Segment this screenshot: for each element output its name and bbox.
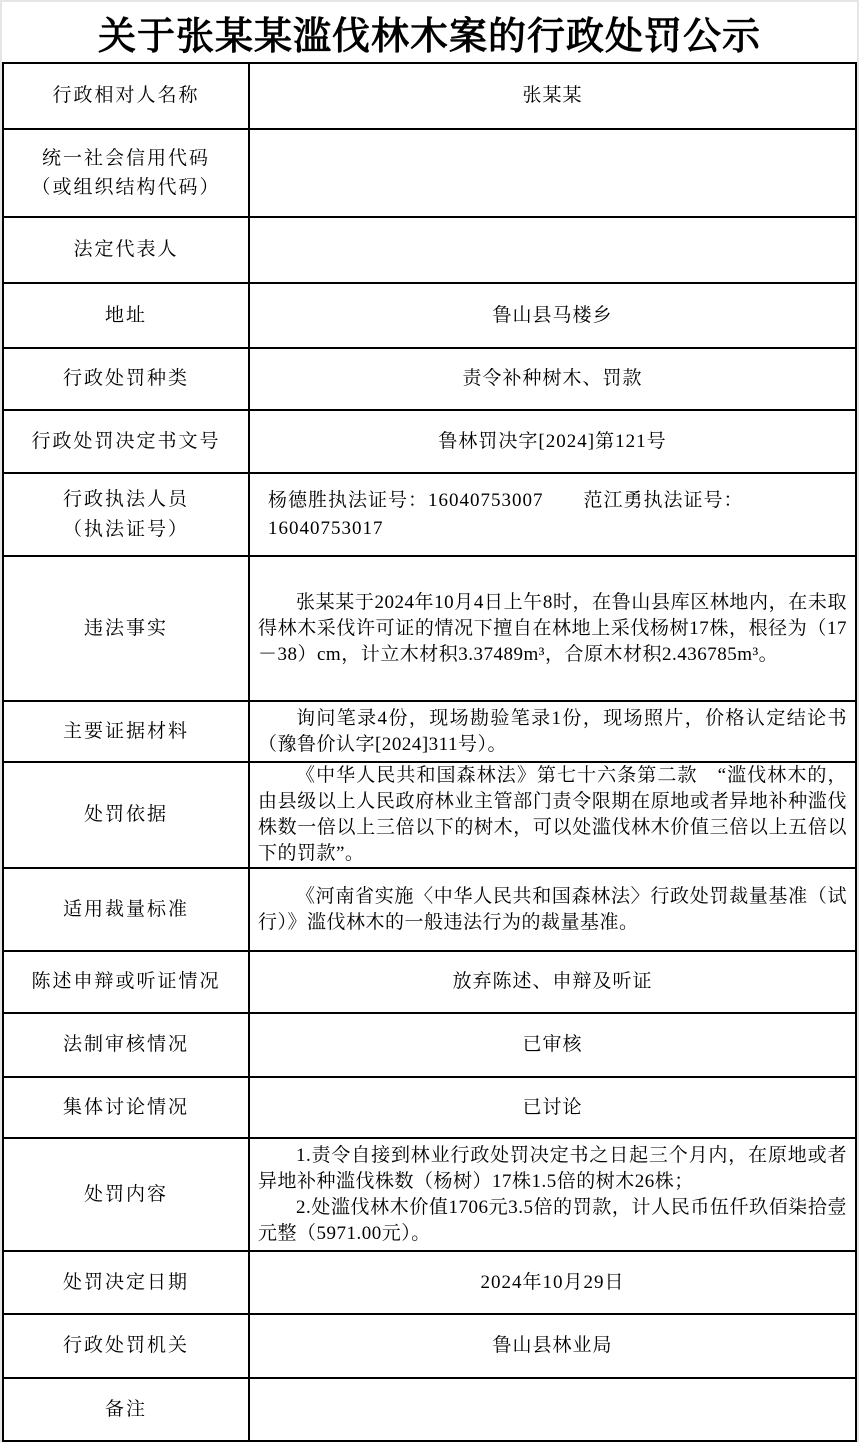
table-row-penalty-basis: 处罚依据 《中华人民共和国森林法》第七十六条第二款 “滥伐林木的，由县级以上人民… [4,763,855,869]
row-value [250,130,855,216]
row-value: 杨德胜执法证号：16040753007 范江勇执法证号：16040753017 [250,474,855,555]
table-row-violation-facts: 违法事实 张某某于2024年10月4日上午8时，在鲁山县库区林地内，在未取得林木… [4,557,855,702]
row-value [250,1379,855,1440]
row-value: 1.责令自接到林业行政处罚决定书之日起三个月内，在原地或者异地补种滥伐株数（杨树… [250,1139,855,1250]
row-label-line2: （或组织结构代码） [31,173,220,202]
table-row-decision-doc-number: 行政处罚决定书文号 鲁林罚决字[2024]第121号 [4,411,855,474]
table-row-credit-code: 统一社会信用代码 （或组织结构代码） [4,130,855,218]
row-label: 备注 [4,1379,250,1440]
table-row-penalty-authority: 行政处罚机关 鲁山县林业局 [4,1315,855,1379]
row-label: 适用裁量标准 [4,869,250,950]
row-label-text: 法制审核情况 [63,1030,189,1059]
penalty-notice-page: 关于张某某滥伐林木案的行政处罚公示 行政相对人名称 张某某 统一社会信用代码 （… [0,0,859,1442]
row-value-text: 鲁林罚决字[2024]第121号 [438,428,666,456]
table-row-penalty-content: 处罚内容 1.责令自接到林业行政处罚决定书之日起三个月内，在原地或者异地补种滥伐… [4,1139,855,1252]
row-label: 行政执法人员 （执法证号） [4,474,250,555]
table-row-discretion-standard: 适用裁量标准 《河南省实施〈中华人民共和国森林法〉行政处罚裁量基准（试行）》滥伐… [4,869,855,952]
table-row-collective-discussion: 集体讨论情况 已讨论 [4,1078,855,1139]
row-label: 主要证据材料 [4,702,250,761]
row-label-text: 违法事实 [84,614,168,643]
table-row-penalty-type: 行政处罚种类 责令补种树木、罚款 [4,349,855,411]
row-value-text: 放弃陈述、申辩及听证 [452,968,652,996]
row-value-paragraph: 《中华人民共和国森林法》第七十六条第二款 “滥伐林木的，由县级以上人民政府林业主… [258,763,847,867]
row-value-text: 鲁山县马楼乡 [492,302,612,330]
row-label-line1: 行政执法人员 [63,485,189,514]
row-label: 行政处罚决定书文号 [4,411,250,472]
row-label: 行政相对人名称 [4,64,250,128]
table-row-legal-representative: 法定代表人 [4,218,855,284]
row-label: 行政处罚机关 [4,1315,250,1377]
row-label-text: 行政处罚决定书文号 [31,427,220,456]
table-row-enforcement-officers: 行政执法人员 （执法证号） 杨德胜执法证号：16040753007 范江勇执法证… [4,474,855,557]
penalty-table: 行政相对人名称 张某某 统一社会信用代码 （或组织结构代码） 法定代表人 地址 … [2,62,857,1442]
row-value: 鲁山县林业局 [250,1315,855,1377]
row-label: 处罚决定日期 [4,1252,250,1313]
row-label-text: 行政相对人名称 [52,81,199,110]
table-row-remarks: 备注 [4,1379,855,1440]
row-label-line1: 统一社会信用代码 [42,144,210,173]
row-value: 张某某于2024年10月4日上午8时，在鲁山县库区林地内，在未取得林木采伐许可证… [250,557,855,700]
row-label-text: 处罚内容 [84,1180,168,1209]
row-value: 已审核 [250,1014,855,1076]
row-value-paragraph: 《河南省实施〈中华人民共和国森林法〉行政处罚裁量基准（试行）》滥伐林木的一般违法… [258,884,847,936]
row-value-text: 责令补种树木、罚款 [462,365,642,393]
row-label-text: 备注 [105,1395,147,1424]
row-value-text: 已审核 [522,1031,582,1059]
row-value-paragraph: 1.责令自接到林业行政处罚决定书之日起三个月内，在原地或者异地补种滥伐株数（杨树… [258,1143,847,1195]
row-label-text: 陈述申辩或听证情况 [31,967,220,996]
row-value: 鲁山县马楼乡 [250,284,855,347]
row-label: 处罚依据 [4,763,250,867]
row-value-paragraph: 2.处滥伐林木价值1706元3.5倍的罚款，计人民币伍仟玖佰柒拾壹元整（5971… [258,1195,847,1247]
row-label-text: 集体讨论情况 [63,1093,189,1122]
row-label: 地址 [4,284,250,347]
row-label: 处罚内容 [4,1139,250,1250]
row-value: 2024年10月29日 [250,1252,855,1313]
table-row-subject-name: 行政相对人名称 张某某 [4,64,855,130]
row-label-line2: （执法证号） [63,515,189,544]
row-value-paragraph: 询问笔录4份，现场勘验笔录1份，现场照片，价格认定结论书（豫鲁价认字[2024]… [258,706,847,758]
row-value-text: 2024年10月29日 [480,1269,624,1297]
row-value: 《河南省实施〈中华人民共和国森林法〉行政处罚裁量基准（试行）》滥伐林木的一般违法… [250,869,855,950]
row-value: 放弃陈述、申辩及听证 [250,952,855,1012]
row-label: 法定代表人 [4,218,250,282]
page-title: 关于张某某滥伐林木案的行政处罚公示 [98,5,761,60]
row-label-text: 处罚决定日期 [63,1268,189,1297]
page-title-block: 关于张某某滥伐林木案的行政处罚公示 [2,2,857,62]
row-label-text: 地址 [105,301,147,330]
row-value: 鲁林罚决字[2024]第121号 [250,411,855,472]
table-row-address: 地址 鲁山县马楼乡 [4,284,855,349]
row-label-text: 法定代表人 [73,235,178,264]
row-label: 集体讨论情况 [4,1078,250,1137]
row-value-paragraph: 张某某于2024年10月4日上午8时，在鲁山县库区林地内，在未取得林木采伐许可证… [258,590,847,668]
row-value: 张某某 [250,64,855,128]
row-label: 法制审核情况 [4,1014,250,1076]
row-value [250,218,855,282]
row-label-text: 行政处罚种类 [63,364,189,393]
row-label: 统一社会信用代码 （或组织结构代码） [4,130,250,216]
row-label-text: 适用裁量标准 [63,895,189,924]
row-value: 已讨论 [250,1078,855,1137]
row-label: 行政处罚种类 [4,349,250,409]
table-row-legal-review: 法制审核情况 已审核 [4,1014,855,1078]
row-value: 询问笔录4份，现场勘验笔录1份，现场照片，价格认定结论书（豫鲁价认字[2024]… [250,702,855,761]
row-value-text: 张某某 [522,82,582,110]
table-row-evidence-materials: 主要证据材料 询问笔录4份，现场勘验笔录1份，现场照片，价格认定结论书（豫鲁价认… [4,702,855,763]
table-row-statement-hearing: 陈述申辩或听证情况 放弃陈述、申辩及听证 [4,952,855,1014]
row-value: 《中华人民共和国森林法》第七十六条第二款 “滥伐林木的，由县级以上人民政府林业主… [250,763,855,867]
row-value-text: 鲁山县林业局 [492,1332,612,1360]
row-label: 违法事实 [4,557,250,700]
row-label-text: 主要证据材料 [63,717,189,746]
row-label-text: 行政处罚机关 [63,1331,189,1360]
row-value: 责令补种树木、罚款 [250,349,855,409]
table-row-decision-date: 处罚决定日期 2024年10月29日 [4,1252,855,1315]
row-value-text: 已讨论 [522,1094,582,1122]
row-value-text: 杨德胜执法证号：16040753007 范江勇执法证号：16040753017 [268,487,845,542]
row-label-text: 处罚依据 [84,800,168,829]
row-label: 陈述申辩或听证情况 [4,952,250,1012]
